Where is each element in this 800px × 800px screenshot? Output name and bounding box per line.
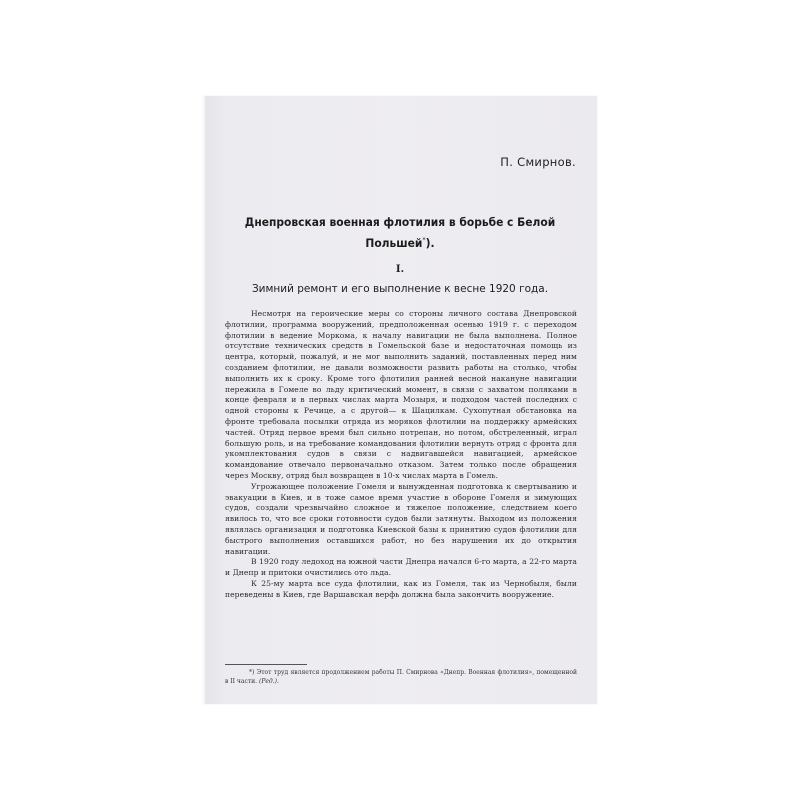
section-title: Зимний ремонт и его выполнение к весне 1… [203, 283, 597, 295]
footnote: *) Этот труд является продолжением работ… [225, 668, 577, 686]
title-close: ). [426, 236, 435, 250]
section-number: I. [203, 264, 597, 275]
footnote-divider [225, 664, 307, 665]
editor-mark: (Ред.). [259, 678, 279, 685]
article-title: Днепровская военная флотилия в борьбе с … [234, 213, 567, 252]
body-text: Несмотря на героические меры со стороны … [225, 309, 577, 601]
paragraph: Угрожающее положение Гомеля и вынужденна… [225, 482, 577, 558]
title-line-2: Польшей [365, 236, 422, 250]
author-name: П. Смирнов. [500, 155, 576, 169]
document-page: П. Смирнов. Днепровская военная флотилия… [203, 96, 597, 704]
paragraph: Несмотря на героические меры со стороны … [225, 309, 577, 482]
title-line-1: Днепровская военная флотилия в борьбе с … [245, 215, 555, 229]
paragraph: В 1920 году ледоход на южной части Днепр… [225, 557, 577, 579]
paragraph: К 25-му марта все суда флотилии, как из … [225, 579, 577, 601]
